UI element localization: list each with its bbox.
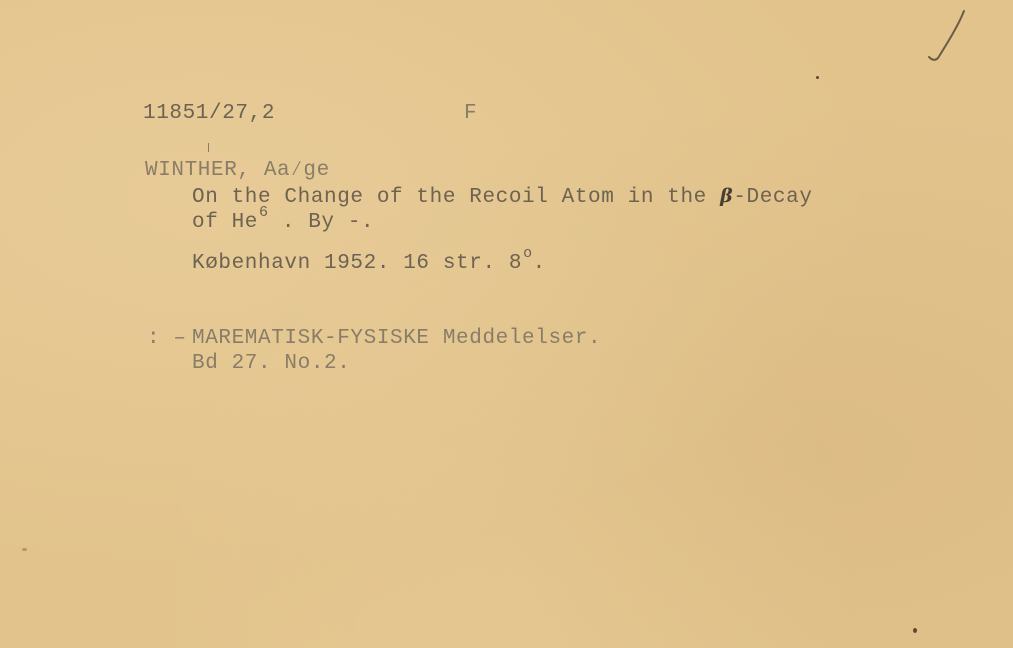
- imprint-end: .: [533, 252, 546, 275]
- location-code: F: [464, 103, 477, 124]
- imprint-text: København 1952. 16 str. 8: [192, 252, 522, 275]
- catalog-card: 11851/27,2 F WINTHER, Aa∕ge On the Chang…: [0, 0, 1013, 648]
- speck: [816, 76, 819, 79]
- series-title: MAREMATISK-FYSISKE Meddelelser.: [192, 328, 601, 349]
- imprint: København 1952. 16 str. 8o.: [192, 253, 546, 274]
- author-heading: WINTHER, Aa∕ge: [145, 160, 330, 181]
- pencil-mark: [208, 143, 209, 152]
- title-line-1: On the Change of the Recoil Atom in the …: [192, 187, 813, 208]
- checkmark-icon: [920, 8, 970, 63]
- speck: [22, 548, 27, 551]
- title-line-2-text: of He: [192, 211, 258, 234]
- beta-symbol: β: [720, 185, 733, 207]
- series-volume: Bd 27. No.2.: [192, 353, 350, 374]
- isotope-superscript: 6: [259, 204, 269, 221]
- call-number: 11851/27,2: [143, 103, 275, 124]
- series-marker: : –: [147, 328, 187, 349]
- title-text: On the Change of the Recoil Atom in the: [192, 186, 720, 209]
- title-text-end: -Decay: [733, 186, 812, 209]
- title-line-2: of He6 . By -.: [192, 212, 374, 233]
- format-superscript: o: [523, 245, 533, 262]
- title-line-2-end: . By -.: [269, 211, 375, 234]
- speck: [913, 628, 917, 633]
